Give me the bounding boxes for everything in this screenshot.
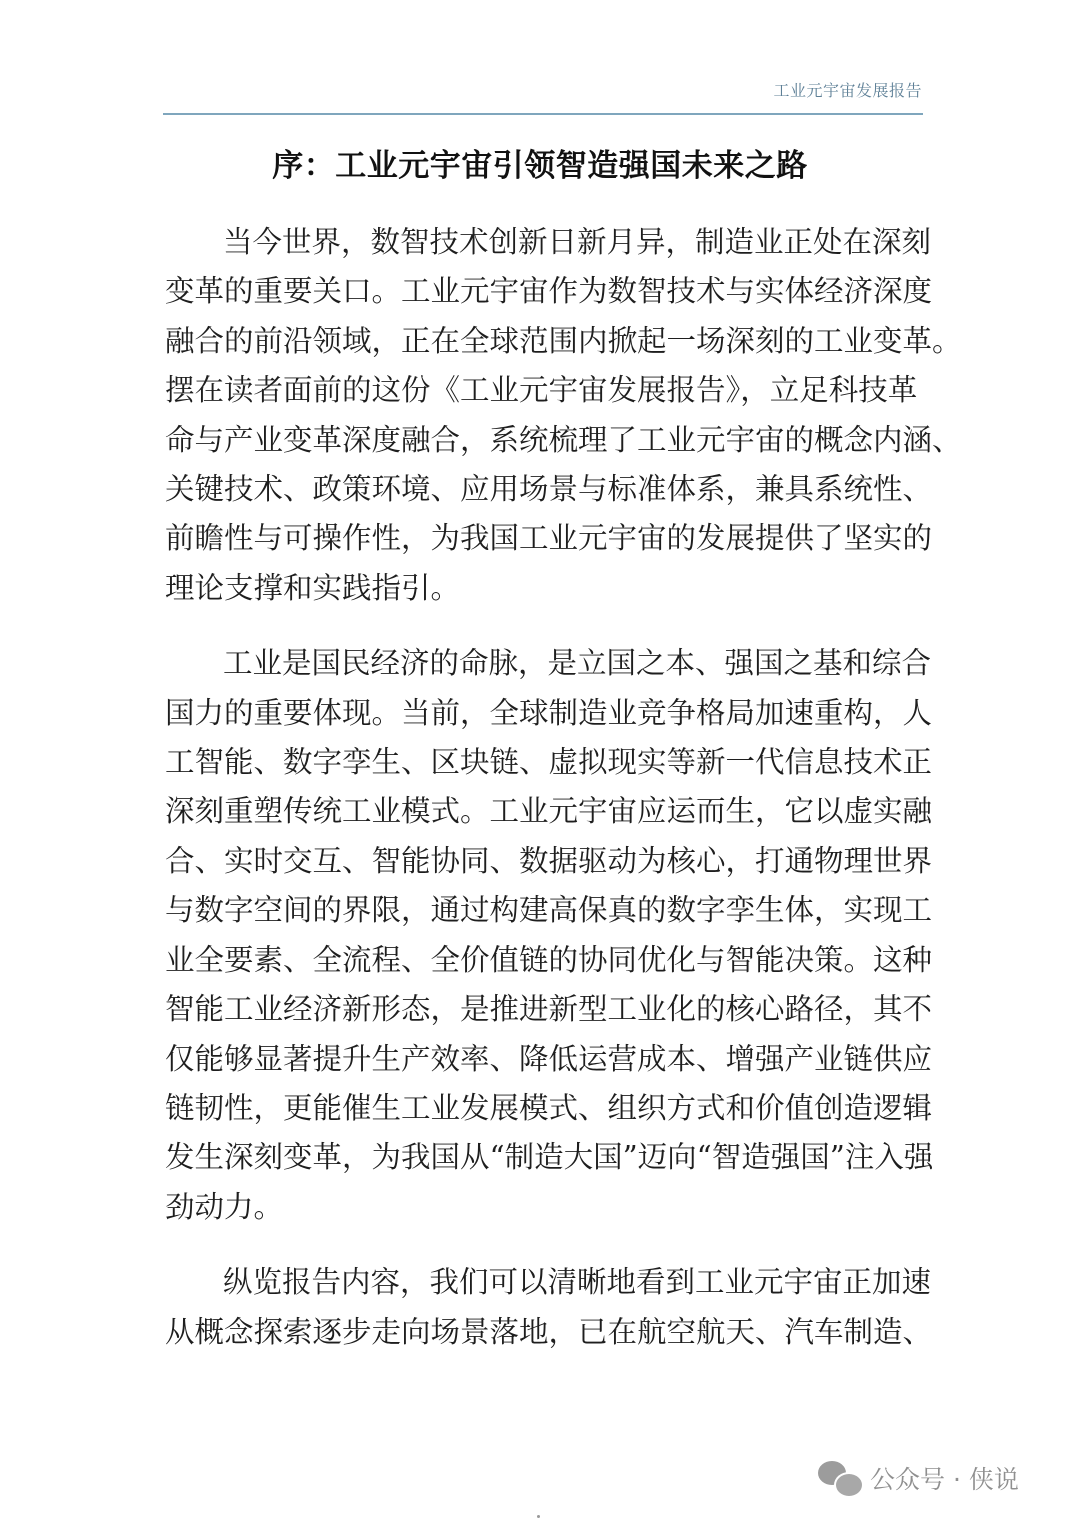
header-divider <box>163 113 923 115</box>
text-line: 合、实时交互、智能协同、数据驱动为核心，打通物理世界 <box>165 837 917 886</box>
source-label: 公众号 · 侠说 <box>870 1460 1019 1496</box>
text-line: 发生深刻变革，为我国从“制造大国”迈向“智造强国”注入强 <box>165 1133 917 1182</box>
text-line: 劲动力。 <box>165 1183 917 1232</box>
page-title: 序：工业元宇宙引领智造强国未来之路 <box>0 140 1080 185</box>
text-line: 融合的前沿领域，正在全球范围内掀起一场深刻的工业变革。 <box>165 317 917 366</box>
source-watermark: 公众号 · 侠说 <box>818 1460 1019 1496</box>
wechat-icon <box>818 1461 862 1495</box>
text-line: 业全要素、全流程、全价值链的协同优化与智能决策。这种 <box>165 936 917 985</box>
text-line: 命与产业变革深度融合，系统梳理了工业元宇宙的概念内涵、 <box>165 416 917 465</box>
text-line: 当今世界，数智技术创新日新月异，制造业正处在深刻 <box>165 218 917 267</box>
text-line: 关键技术、政策环境、应用场景与标准体系，兼具系统性、 <box>165 465 917 514</box>
paragraph-3: 纵览报告内容，我们可以清晰地看到工业元宇宙正加速 从概念探索逐步走向场景落地，已… <box>165 1258 917 1357</box>
text-line: 深刻重塑传统工业模式。工业元宇宙应运而生，它以虚实融 <box>165 787 917 836</box>
text-line: 工业是国民经济的命脉，是立国之本、强国之基和综合 <box>165 639 917 688</box>
text-line: 与数字空间的界限，通过构建高保真的数字孪生体，实现工 <box>165 886 917 935</box>
text-line: 理论支撑和实践指引。 <box>165 564 917 613</box>
text-line: 摆在读者面前的这份《工业元宇宙发展报告》，立足科技革 <box>165 366 917 415</box>
text-line: 国力的重要体现。当前，全球制造业竞争格局加速重构，人 <box>165 689 917 738</box>
text-line: 从概念探索逐步走向场景落地，已在航空航天、汽车制造、 <box>165 1308 917 1357</box>
text-line: 变革的重要关口。工业元宇宙作为数智技术与实体经济深度 <box>165 267 917 316</box>
text-line: 智能工业经济新形态，是推进新型工业化的核心路径，其不 <box>165 985 917 1034</box>
text-line: 前瞻性与可操作性，为我国工业元宇宙的发展提供了坚实的 <box>165 514 917 563</box>
text-line: 纵览报告内容，我们可以清晰地看到工业元宇宙正加速 <box>165 1258 917 1307</box>
paragraph-1: 当今世界，数智技术创新日新月异，制造业正处在深刻 变革的重要关口。工业元宇宙作为… <box>165 218 917 613</box>
page-dot <box>537 1515 540 1518</box>
body-text: 当今世界，数智技术创新日新月异，制造业正处在深刻 变革的重要关口。工业元宇宙作为… <box>165 218 917 1357</box>
running-header: 工业元宇宙发展报告 <box>773 78 922 101</box>
text-line: 链韧性，更能催生工业发展模式、组织方式和价值创造逻辑 <box>165 1084 917 1133</box>
paragraph-2: 工业是国民经济的命脉，是立国之本、强国之基和综合 国力的重要体现。当前，全球制造… <box>165 639 917 1232</box>
text-line: 仅能够显著提升生产效率、降低运营成本、增强产业链供应 <box>165 1035 917 1084</box>
text-line: 工智能、数字孪生、区块链、虚拟现实等新一代信息技术正 <box>165 738 917 787</box>
